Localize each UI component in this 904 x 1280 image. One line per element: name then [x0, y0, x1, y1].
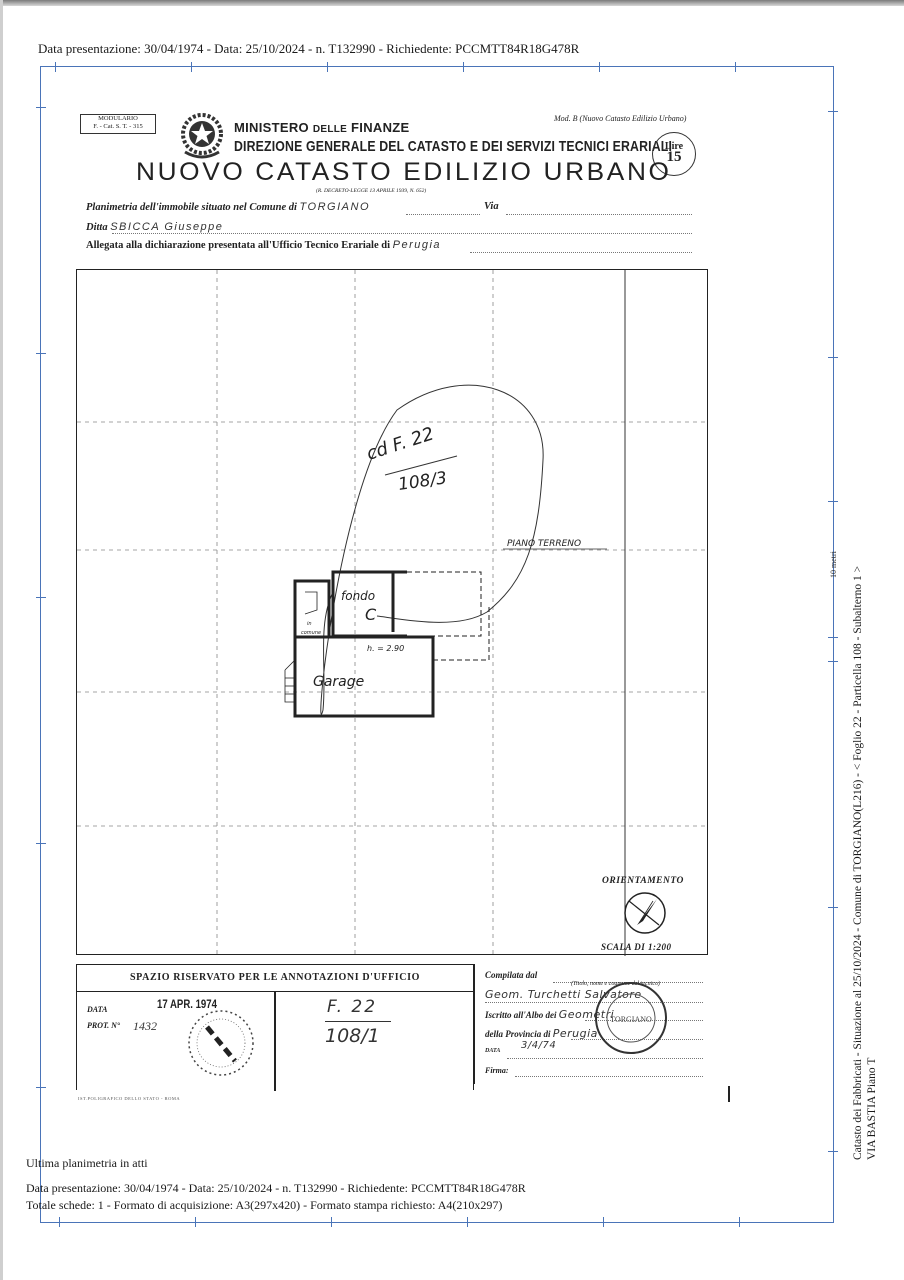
room-common-b: comune	[301, 630, 321, 636]
room-height: h. = 2.90	[367, 644, 404, 653]
room-fondo: fondo	[341, 589, 375, 603]
ditta-line: Ditta SBICCA Giuseppe	[86, 221, 223, 233]
scan-left-edge	[0, 0, 3, 1280]
svg-text:TORGIANO: TORGIANO	[610, 1015, 652, 1024]
compiled-by-box: Compilata dal (Titolo, nome e cognome de…	[474, 964, 713, 1084]
office-stamp-icon	[185, 1007, 257, 1079]
comune-value: TORGIANO	[300, 201, 370, 213]
north-arrow-icon	[625, 893, 665, 933]
via-label: Via	[484, 201, 499, 212]
floor-plan-area: cd F. 22 108/3 PIANO TERRENO fondo C in …	[76, 269, 708, 955]
footer-format-line: Totale schede: 1 - Formato di acquisizio…	[26, 1198, 502, 1213]
scale-bar-label: 10 metri	[829, 551, 838, 578]
surveyor-stamp-icon: TORGIANO	[593, 980, 669, 1056]
footer-info-line: Data presentazione: 30/04/1974 - Data: 2…	[26, 1181, 526, 1196]
ultima-planimetria: Ultima planimetria in atti	[26, 1156, 148, 1171]
room-garage: Garage	[313, 674, 364, 690]
compilata-date-label: DATA	[485, 1048, 500, 1054]
protocol-number: 1432	[133, 1019, 157, 1034]
floor-plan-drawing: cd F. 22 108/3 PIANO TERRENO fondo C in …	[77, 270, 709, 956]
printer-credit: IST.POLIGRAFICO DELLO STATO - ROMA	[78, 1096, 180, 1101]
directorate-name: DIREZIONE GENERALE DEL CATASTO E DEI SER…	[234, 138, 672, 155]
scan-top-edge	[0, 0, 904, 6]
header-info-line: Data presentazione: 30/04/1974 - Data: 2…	[38, 41, 579, 57]
decree-reference: (R. DECRETO-LEGGE 13 APRILE 1939, N. 652…	[316, 188, 426, 194]
reference-foglio: cd F. 22	[364, 423, 437, 464]
room-common-a: in	[307, 621, 312, 627]
compilata-label: Compilata dal	[485, 970, 537, 980]
scale-label: SCALA DI 1:200	[601, 942, 672, 952]
italian-republic-emblem-icon	[179, 112, 225, 162]
ministry-name: MINISTERO DELLE FINANZE	[234, 120, 409, 135]
annotations-title: SPAZIO RISERVATO PER LE ANNOTAZIONI D'UF…	[77, 965, 473, 992]
office-annotations-box: SPAZIO RISERVATO PER LE ANNOTAZIONI D'UF…	[76, 964, 474, 1090]
protocol-label: PROT. N°	[87, 1021, 120, 1030]
floor-label: PIANO TERRENO	[507, 539, 581, 549]
allegata-line: Allegata alla dichiarazione presentata a…	[86, 239, 441, 251]
form-model: Mod. B (Nuovo Catasto Edilizio Urbano)	[554, 114, 686, 123]
ditta-value: SBICCA Giuseppe	[110, 221, 223, 233]
side-cadastral-info: Catasto dei Fabbricati - Situazione al 2…	[851, 566, 879, 1160]
room-fondo-letter: C	[365, 605, 377, 624]
firma-label: Firma:	[485, 1066, 509, 1075]
orientation-label: ORIENTAMENTO	[602, 876, 684, 886]
ufficio-value: Perugia	[393, 239, 441, 251]
modulario-box: MODULARIO F. - Cat. S. T. - 315	[80, 114, 156, 134]
annotation-foglio: F. 22	[327, 997, 377, 1017]
reference-particella: 108/3	[397, 468, 448, 495]
comune-line: Planimetria dell'immobile situato nel Co…	[86, 201, 370, 213]
compilata-date-value: 3/4/74	[521, 1040, 556, 1051]
annotation-particella: 108/1	[325, 1025, 380, 1047]
annotation-date-label: DATA	[87, 1005, 107, 1014]
document-title: NUOVO CATASTO EDILIZIO URBANO	[136, 158, 672, 187]
